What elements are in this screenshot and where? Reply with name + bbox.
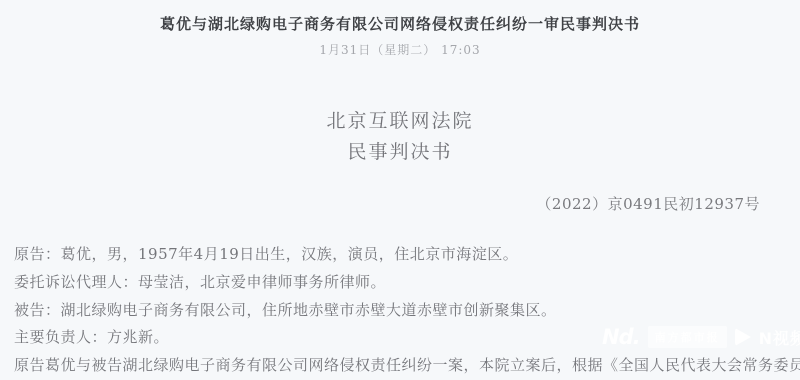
- paragraph-principal: 主要负责人：方兆新。: [14, 326, 169, 347]
- court-name: 北京互联网法院: [0, 106, 800, 133]
- n-video-label: N视频: [759, 326, 800, 349]
- news-watermark: Nd. 南方都市报 N视频: [602, 324, 800, 350]
- paragraph-defendant: 被告：湖北绿购电子商务有限公司，住所地赤壁市赤壁大道赤壁市创新聚集区。: [14, 299, 557, 320]
- brand-box-label: 南方都市报: [648, 326, 727, 348]
- nd-logo: Nd.: [602, 325, 640, 349]
- document-type-heading: 民事判决书: [0, 137, 800, 164]
- article-title: 葛优与湖北绿购电子商务有限公司网络侵权责任纠纷一审民事判决书: [0, 13, 800, 34]
- judgment-document-page: 葛优与湖北绿购电子商务有限公司网络侵权责任纠纷一审民事判决书 1月31日（星期二…: [0, 0, 800, 380]
- play-icon: [735, 328, 751, 346]
- paragraph-case-intro: 原告葛优与被告湖北绿购电子商务有限公司网络侵权责任纠纷一案，本院立案后，根据《全…: [14, 354, 800, 375]
- case-number: （2022）京0491民初12937号: [536, 193, 760, 214]
- publish-datetime: 1月31日（星期二） 17:03: [0, 41, 800, 58]
- paragraph-plaintiff-agent: 委托诉讼代理人：母莹洁，北京爱申律师事务所律师。: [14, 271, 386, 292]
- paragraph-plaintiff: 原告：葛优，男，1957年4月19日出生，汉族，演员，住北京市海淀区。: [14, 243, 518, 264]
